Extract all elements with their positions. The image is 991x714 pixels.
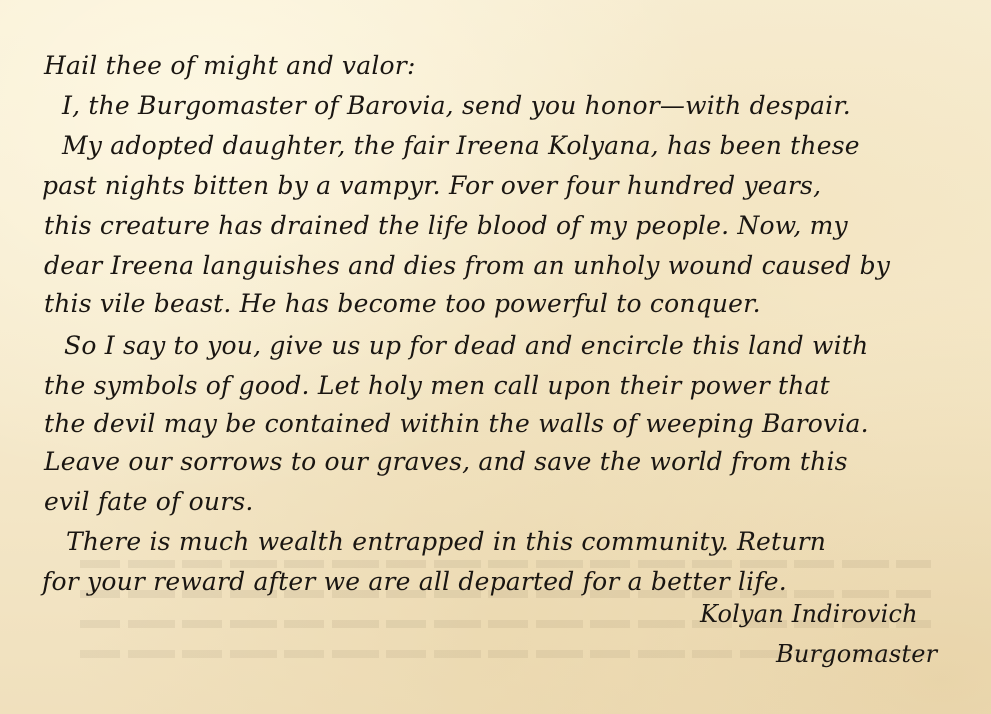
letter-body: Hail thee of might and valor: I, the Bur… bbox=[0, 0, 991, 714]
letter-line: dear Ireena languishes and dies from an … bbox=[44, 250, 890, 282]
letter-salutation: Hail thee of might and valor: bbox=[44, 50, 416, 82]
letter-line: this creature has drained the life blood… bbox=[44, 210, 848, 242]
letter-line: the symbols of good. Let holy men call u… bbox=[44, 370, 830, 402]
letter-line: So I say to you, give us up for dead and… bbox=[64, 330, 868, 362]
letter-line: Leave our sorrows to our graves, and sav… bbox=[44, 446, 848, 478]
letter-line: My adopted daughter, the fair Ireena Kol… bbox=[62, 130, 860, 162]
letter-line: for your reward after we are all departe… bbox=[42, 566, 787, 598]
signature-name: Kolyan Indirovich bbox=[700, 598, 918, 630]
letter-line: this vile beast. He has become too power… bbox=[44, 288, 761, 320]
letter-line: past nights bitten by a vampyr. For over… bbox=[42, 170, 821, 202]
letter-line: There is much wealth entrapped in this c… bbox=[66, 526, 826, 558]
letter-line: the devil may be contained within the wa… bbox=[44, 408, 869, 440]
letter-line: I, the Burgomaster of Barovia, send you … bbox=[62, 90, 851, 122]
parchment-background: Hail thee of might and valor: I, the Bur… bbox=[0, 0, 991, 714]
letter-line: evil fate of ours. bbox=[44, 486, 254, 518]
signature-title: Burgomaster bbox=[776, 638, 937, 670]
